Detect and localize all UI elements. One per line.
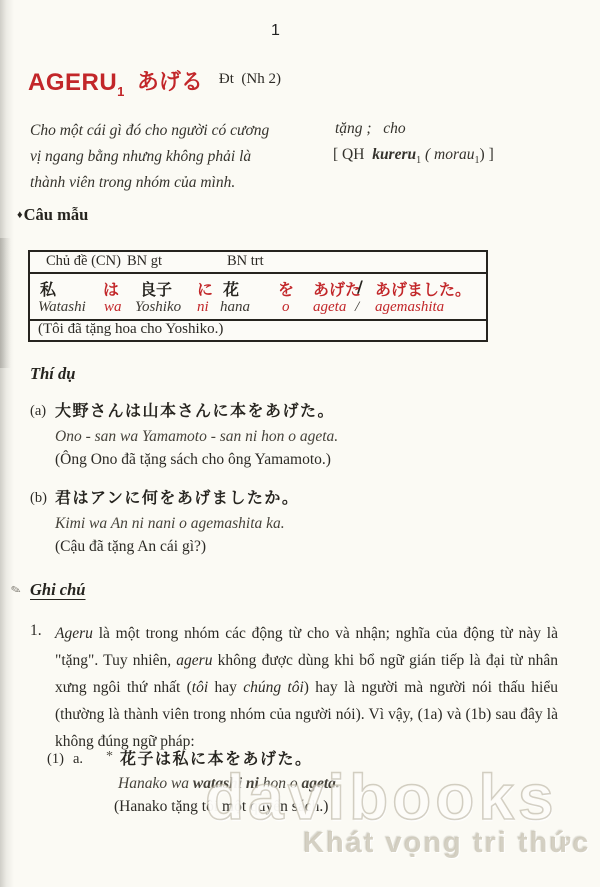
jp-token: 花	[223, 277, 239, 300]
headword-kana: あげる	[137, 70, 203, 95]
part-of-speech-tag: Đt (Nh 2)	[219, 71, 281, 88]
romaji-token-verb: agemashita	[375, 299, 444, 316]
col-header-subject: Chủ đề (CN)	[46, 253, 121, 270]
jp-token: 良子	[140, 277, 172, 300]
romaji-token-particle: wa	[104, 299, 122, 316]
note-seg: Ageru	[55, 625, 93, 642]
xref-kureru: kureru	[372, 146, 416, 163]
table-header-row: Chủ đề (CN) BN gt BN trt	[30, 252, 486, 274]
example-b-japanese: 君はアンに何をあげましたか。	[55, 485, 299, 508]
definition-vietnamese: Cho một cái gì đó cho người có cương vị …	[30, 118, 325, 196]
note-seg: hay	[208, 679, 243, 696]
diamond-bullet-icon: ♦	[17, 209, 23, 221]
romaji-token: hana	[220, 299, 250, 316]
scan-edge-blotch	[0, 238, 11, 368]
definition-line: Cho một cái gì đó cho người có cương	[30, 118, 325, 144]
headword: AGERU1	[28, 70, 125, 99]
example-b-translation: (Cậu đã tặng An cái gì?)	[55, 538, 206, 556]
col-header-indirect-object: BN gt	[127, 253, 162, 270]
definition-line: thành viên trong nhóm của mình.	[30, 170, 325, 196]
section-title: Câu mẫu	[24, 205, 89, 224]
xref-open: [ QH	[333, 146, 372, 163]
jp-token-particle: を	[278, 277, 294, 300]
romaji-token-particle: o	[282, 299, 290, 316]
note-paragraph: Ageru là một trong nhóm các động từ cho …	[55, 620, 558, 755]
jp-token-slash: /	[357, 277, 363, 296]
col-header-direct-object: BN trt	[227, 253, 264, 270]
entry-header: AGERU1 あげる Đt (Nh 2)	[28, 70, 281, 99]
bad-example-romaji: Hanako wa watashi ni hon o ageta.	[118, 775, 340, 793]
watermark-davibooks: davibooks	[205, 760, 558, 834]
jp-token-verb: あげた	[313, 277, 361, 300]
translation-text: (Tôi đã tặng hoa cho Yoshiko.)	[38, 321, 223, 338]
romaji-seg-bold: watashi ni	[193, 775, 259, 792]
bad-example-translation: (Hanako tặng tôi một quyển sách.)	[114, 798, 328, 816]
gloss: tặng ; cho	[335, 120, 406, 138]
jp-token-verb: あげました。	[375, 277, 471, 300]
bad-example-number: (1)	[47, 751, 64, 768]
book-page: 1 AGERU1 あげる Đt (Nh 2) Cho một cái gì đó…	[0, 0, 600, 887]
pattern-table: Chủ đề (CN) BN gt BN trt 私 は 良子 に 花 を あげ…	[28, 250, 488, 342]
section-heading-cau-mau: ♦Câu mẫu	[17, 205, 88, 225]
jp-token: 私	[40, 277, 56, 300]
example-b-label: (b)	[30, 490, 47, 507]
note-seg: ageru	[176, 652, 212, 669]
romaji-token: Yoshiko	[135, 299, 181, 316]
jp-token-particle: に	[197, 277, 213, 300]
note-number: 1.	[30, 622, 42, 640]
section-heading-ghi-chu: Ghi chú	[30, 580, 85, 600]
asterisk-mark: *	[106, 749, 113, 765]
definition-line: vị ngang bằng nhưng không phải là	[30, 144, 325, 170]
headword-text: AGERU	[28, 69, 117, 96]
table-translation-row: (Tôi đã tặng hoa cho Yoshiko.)	[30, 321, 486, 340]
xref-morau: morau	[434, 146, 474, 163]
romaji-seg-bold: ageta.	[301, 775, 339, 792]
romaji-token-verb: ageta	[313, 299, 346, 316]
note-seg: tôi	[192, 679, 208, 696]
example-a-translation: (Ông Ono đã tặng sách cho ông Yamamoto.)	[55, 451, 331, 469]
scan-edge-shadow	[0, 0, 14, 887]
example-a-japanese: 大野さんは山本さんに本をあげた。	[55, 398, 335, 421]
romaji-token-particle: ni	[197, 299, 209, 316]
example-b-romaji: Kimi wa An ni nani o agemashita ka.	[55, 515, 285, 533]
example-a-label: (a)	[30, 403, 46, 420]
table-sentence-rows: 私 は 良子 に 花 を あげた / あげました。 Watashi wa Yos…	[30, 274, 486, 321]
xref-paren: (	[421, 146, 434, 163]
watermark-slogan: Khát vọng tri thức	[303, 827, 590, 860]
headword-index: 1	[117, 84, 125, 99]
romaji-token: Watashi	[38, 299, 86, 316]
example-a-romaji: Ono - san wa Yamamoto - san ni hon o age…	[55, 428, 338, 446]
bad-example-sub-label: a.	[73, 751, 83, 768]
page-number: 1	[271, 22, 280, 40]
romaji-seg: Hanako wa	[118, 775, 193, 792]
jp-token-particle: は	[103, 277, 119, 300]
romaji-token-slash: /	[355, 299, 359, 316]
bad-example-japanese: 花子は私に本をあげた。	[120, 746, 313, 769]
xref-close: ) ]	[480, 146, 494, 163]
cross-reference: [ QH kureru1 ( morau1) ]	[333, 146, 494, 166]
note-seg: chúng tôi	[243, 679, 304, 696]
section-heading-thi-du: Thí dụ	[30, 364, 75, 384]
romaji-seg: hon o	[259, 775, 302, 792]
